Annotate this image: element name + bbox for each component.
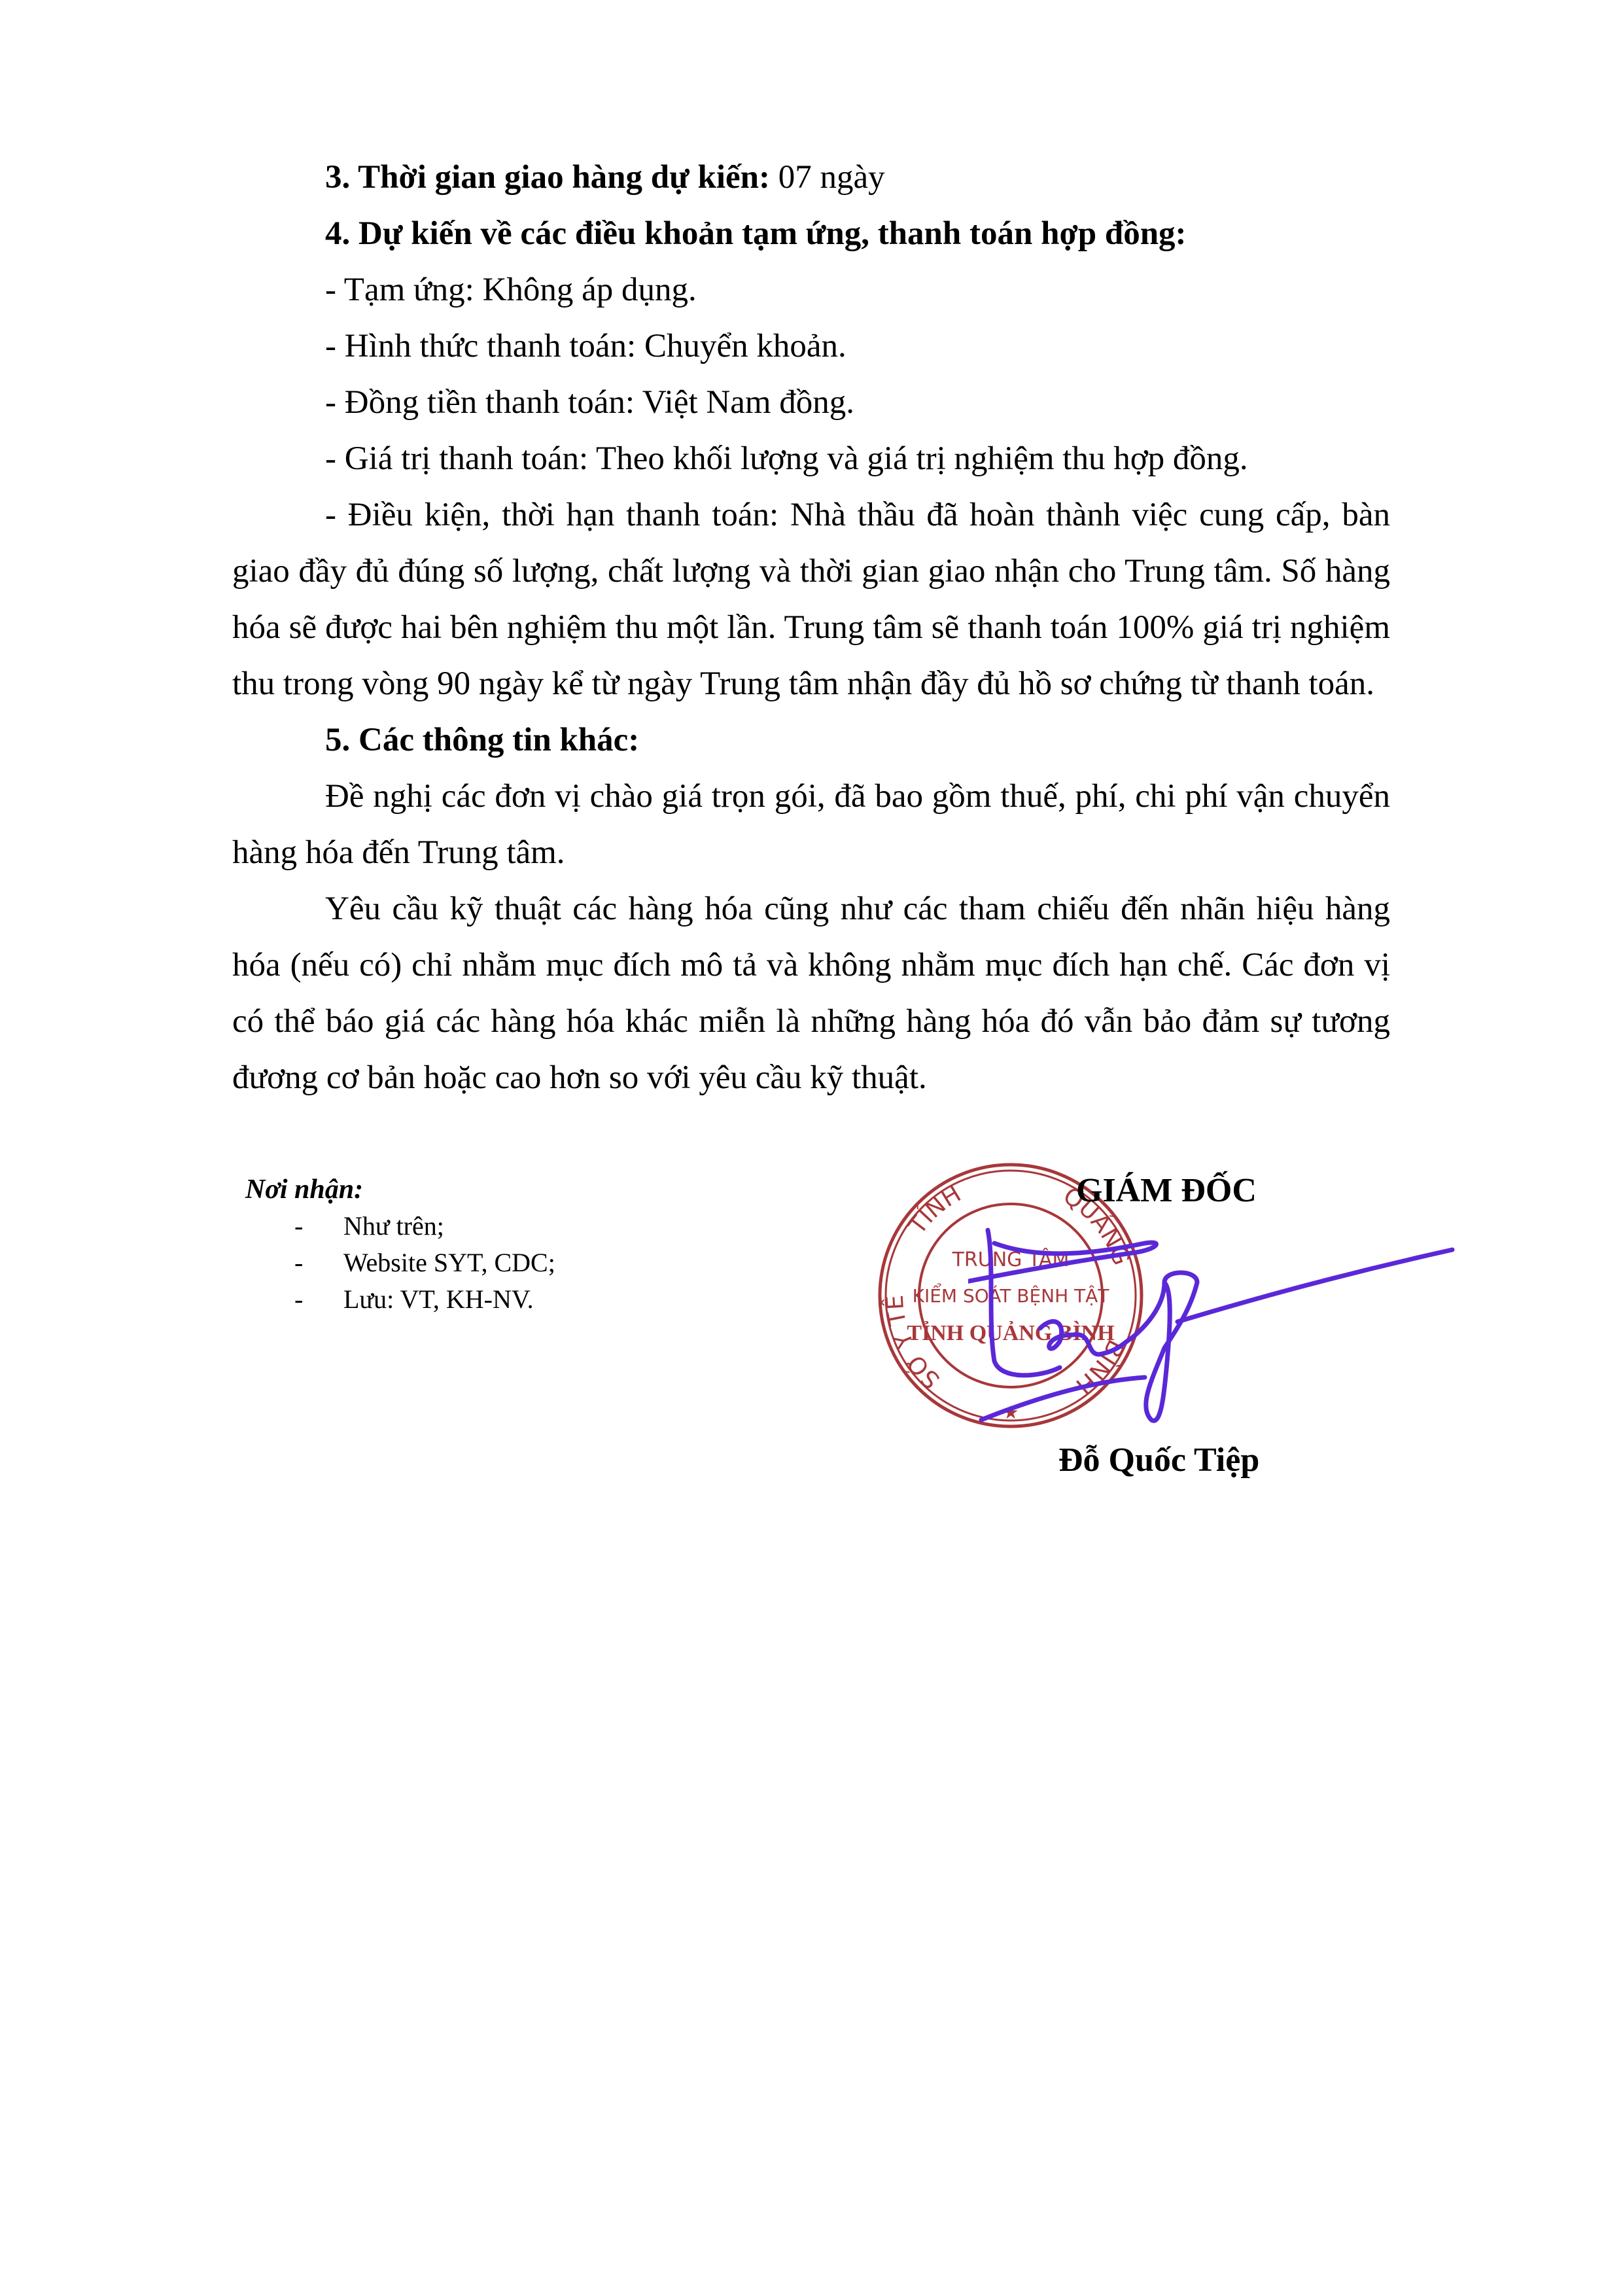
other-info-paragraph-2: Yêu cầu kỹ thuật các hàng hóa cũng như c… (232, 881, 1390, 1106)
recipients-title: Nơi nhận: (245, 1171, 555, 1208)
other-info-paragraph-1: Đề nghị các đơn vị chào giá trọn gói, đã… (232, 768, 1390, 881)
payment-conditions: - Điều kiện, thời hạn thanh toán: Nhà th… (232, 487, 1390, 712)
recipient-item: -Lưu: VT, KH-NV. (245, 1281, 555, 1318)
document-page: 3. Thời gian giao hàng dự kiến: 07 ngày … (0, 0, 1623, 2296)
section-3: 3. Thời gian giao hàng dự kiến: 07 ngày (232, 149, 1390, 205)
delivery-time-value: 07 ngày (770, 159, 885, 196)
recipient-item: -Như trên; (245, 1208, 555, 1245)
section-5-heading: 5. Các thông tin khác: (232, 712, 1390, 768)
handwritten-signature-icon (968, 1224, 1478, 1439)
recipient-item: -Website SYT, CDC; (245, 1245, 555, 1281)
signatory-title: GIÁM ĐỐC (1076, 1171, 1257, 1210)
section-3-heading: 3. Thời gian giao hàng dự kiến: (325, 159, 770, 196)
recipients-list: -Như trên; -Website SYT, CDC; -Lưu: VT, … (245, 1208, 555, 1318)
payment-item-value: - Giá trị thanh toán: Theo khối lượng và… (232, 431, 1390, 487)
section-4-heading: 4. Dự kiến về các điều khoản tạm ứng, th… (232, 205, 1390, 262)
payment-item-advance: - Tạm ứng: Không áp dụng. (232, 262, 1390, 318)
recipients-block: Nơi nhận: -Như trên; -Website SYT, CDC; … (245, 1171, 555, 1318)
payment-item-method: - Hình thức thanh toán: Chuyển khoản. (232, 318, 1390, 374)
document-body: 3. Thời gian giao hàng dự kiến: 07 ngày … (232, 149, 1390, 1106)
payment-item-currency: - Đồng tiền thanh toán: Việt Nam đồng. (232, 374, 1390, 431)
signatory-name: Đỗ Quốc Tiệp (1058, 1441, 1259, 1479)
